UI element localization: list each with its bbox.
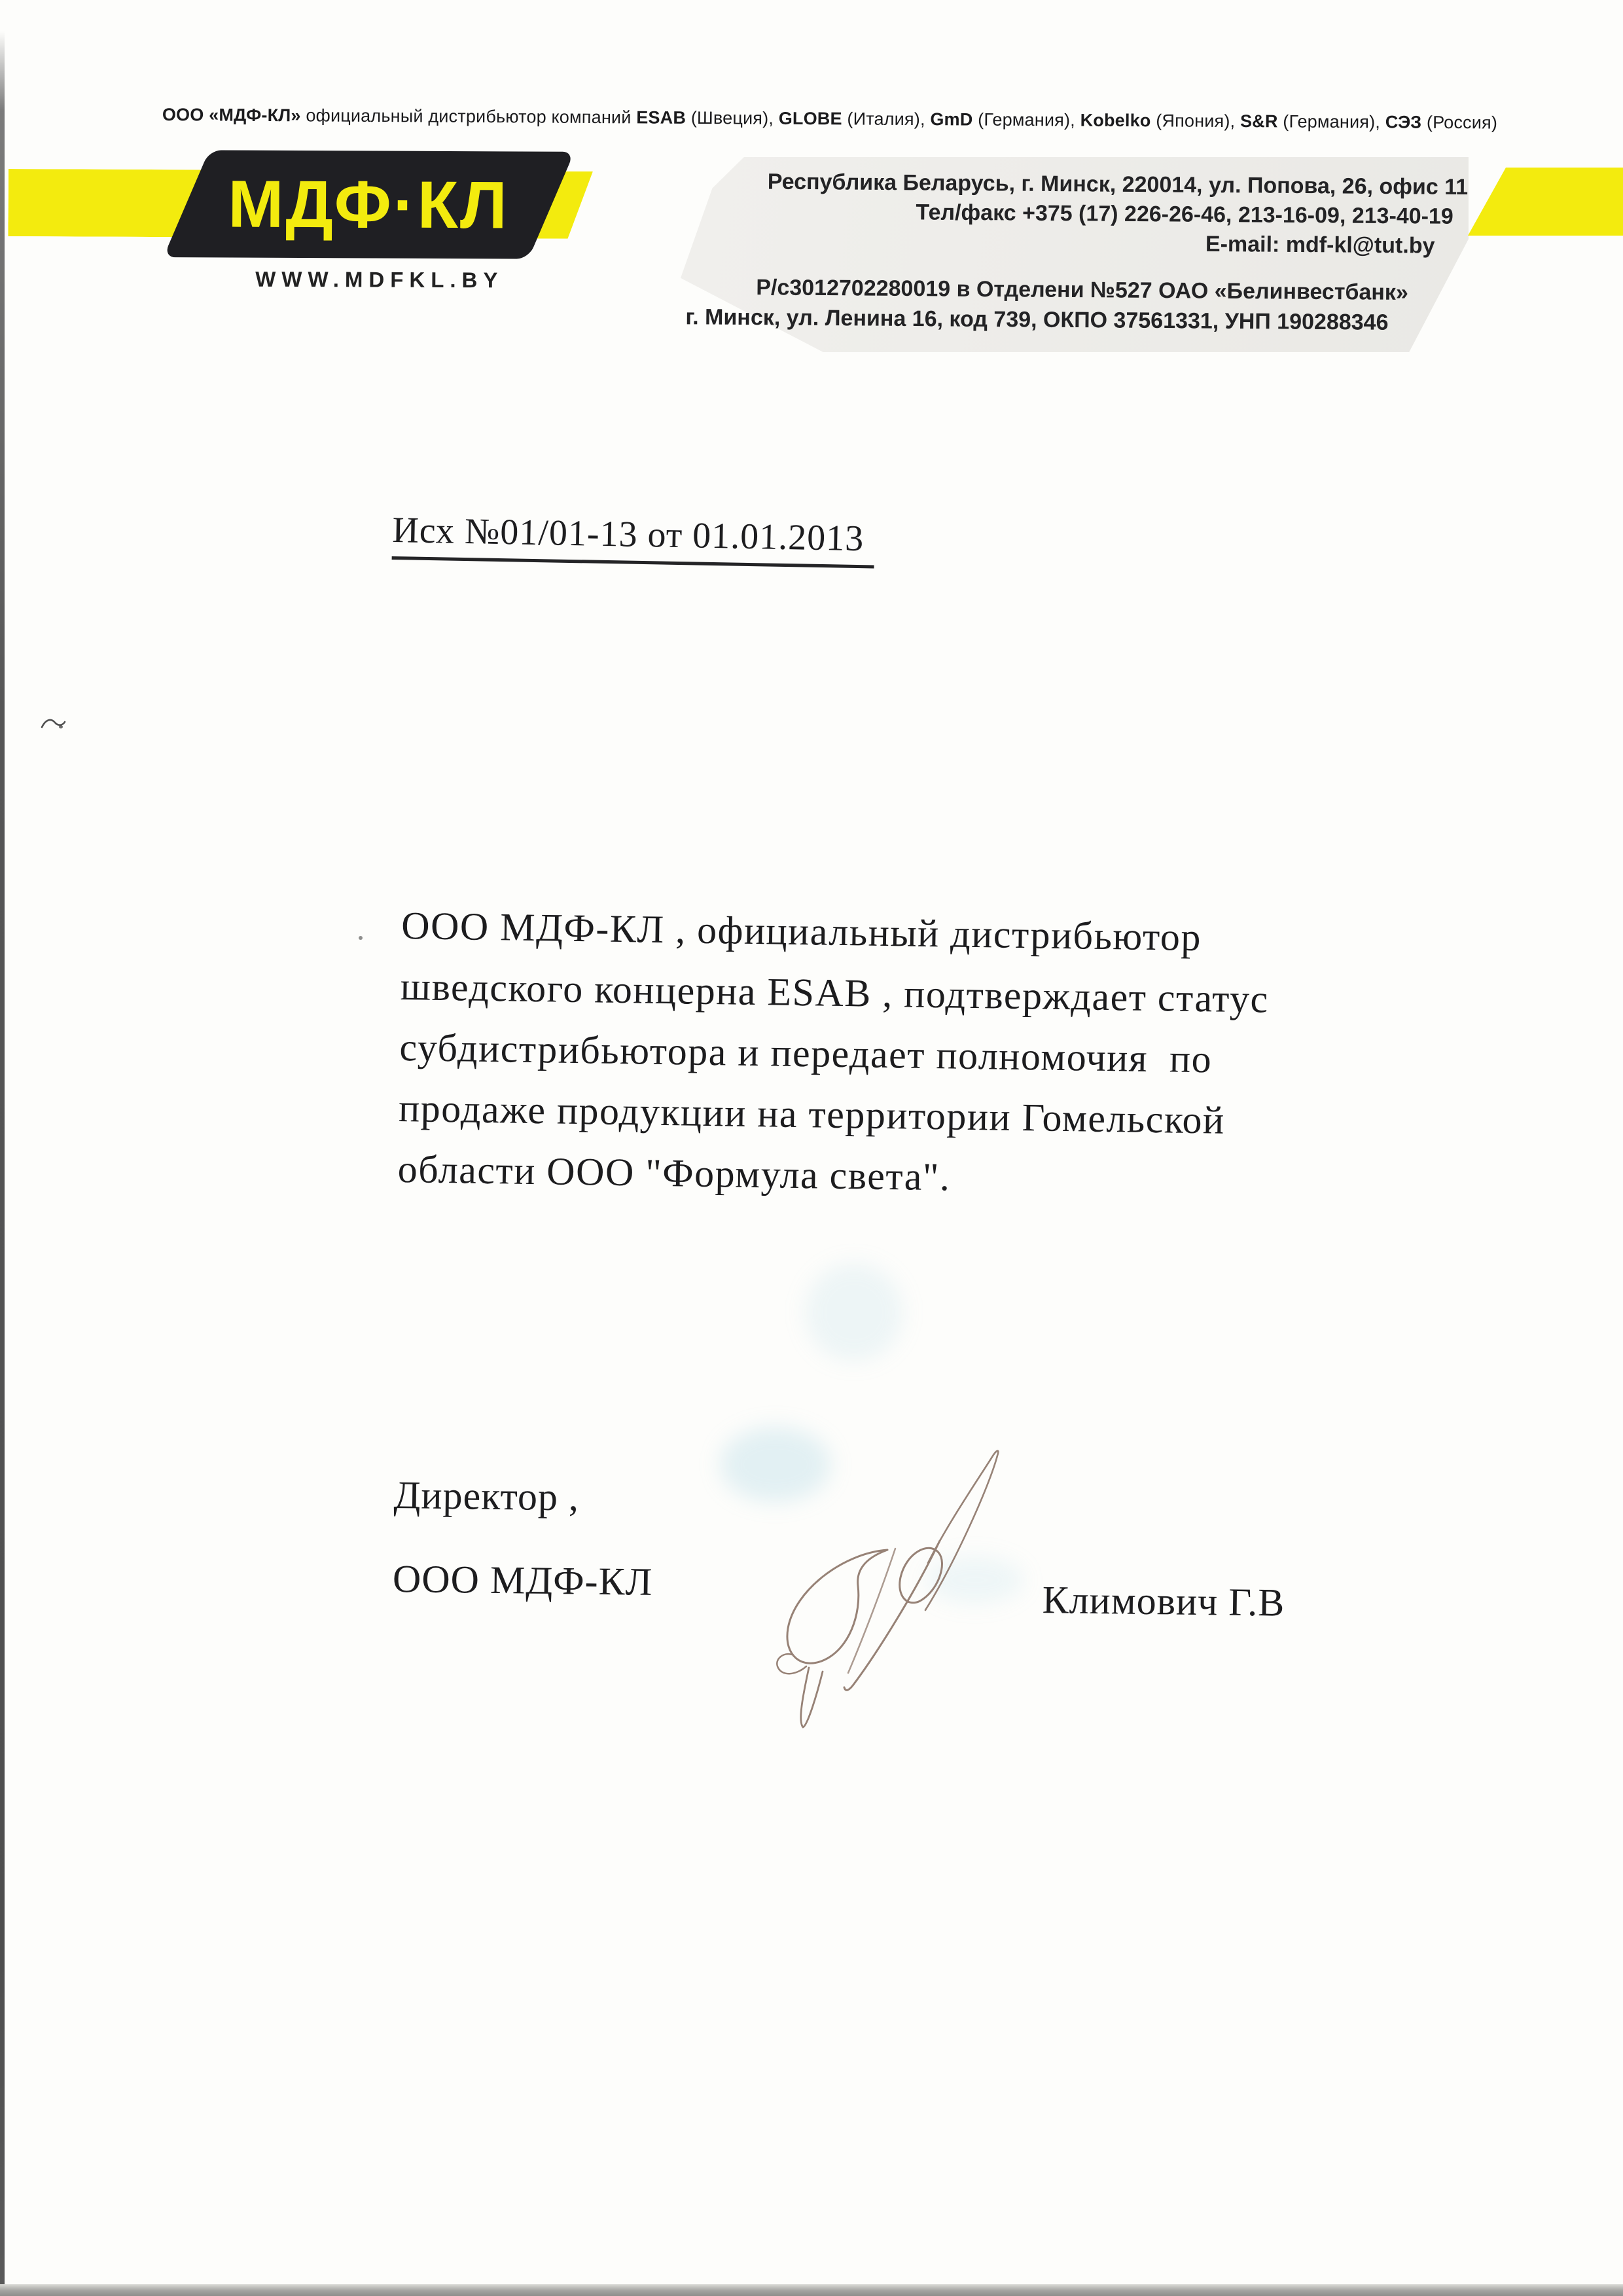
distributor-line-segment: S&R bbox=[1240, 111, 1283, 131]
scanned-letter-page: ООО «МДФ-КЛ» официальный дистрибьютор ко… bbox=[0, 0, 1623, 2296]
distributor-line-segment: Kobelko bbox=[1080, 111, 1156, 131]
signature-company: ООО МДФ-КЛ bbox=[393, 1556, 653, 1605]
contact-block: Республика Беларусь, г. Минск, 220014, у… bbox=[767, 168, 1468, 261]
distributor-line-segment: GLOBE bbox=[779, 109, 847, 129]
pen-dot bbox=[59, 725, 63, 728]
company-logo: МДФ·КЛ bbox=[163, 150, 574, 259]
pen-mark bbox=[41, 716, 67, 733]
distributor-line-segment: GmD bbox=[930, 109, 978, 129]
ink-smudge bbox=[805, 1263, 903, 1361]
pen-dot bbox=[359, 936, 363, 940]
logo-area: МДФ·КЛ WWW.MDFKL.BY bbox=[0, 0, 654, 317]
scan-edge-left bbox=[0, 31, 5, 2296]
bank-details-block: Р/с3012702280019 в Отделени №527 ОАО «Бе… bbox=[685, 272, 1408, 338]
website-text: WWW.MDFKL.BY bbox=[255, 267, 503, 293]
contact-address: Республика Беларусь, г. Минск, 220014, у… bbox=[767, 168, 1468, 202]
letter-body: ООО МДФ-КЛ , официальный дистрибьютор шв… bbox=[397, 895, 1397, 1214]
reference-line: Исх №01/01-13 от 01.01.2013 bbox=[392, 509, 875, 568]
distributor-line-segment: (Германия), bbox=[978, 110, 1080, 130]
distributor-line-segment: (Швеция), bbox=[691, 108, 779, 128]
distributor-line-segment: (Германия), bbox=[1283, 111, 1385, 132]
brand-stripe-right bbox=[1468, 168, 1623, 236]
signature-ink bbox=[732, 1412, 1033, 1753]
signee-name: Климович Г.В bbox=[1042, 1577, 1285, 1626]
distributor-line-segment: (Япония), bbox=[1156, 111, 1240, 131]
distributor-line-segment: (Россия) bbox=[1427, 113, 1497, 133]
scan-edge-bottom bbox=[0, 2284, 1623, 2296]
distributor-line-segment: (Италия), bbox=[847, 109, 930, 129]
contact-email: E-mail: mdf-kl@tut.by bbox=[767, 226, 1468, 261]
signature-role: Директор , bbox=[393, 1473, 579, 1520]
bank-address-line: г. Минск, ул. Ленина 16, код 739, ОКПО 3… bbox=[685, 302, 1408, 338]
logo-text: МДФ·КЛ bbox=[228, 166, 510, 243]
distributor-line-segment: СЭЗ bbox=[1385, 112, 1427, 132]
